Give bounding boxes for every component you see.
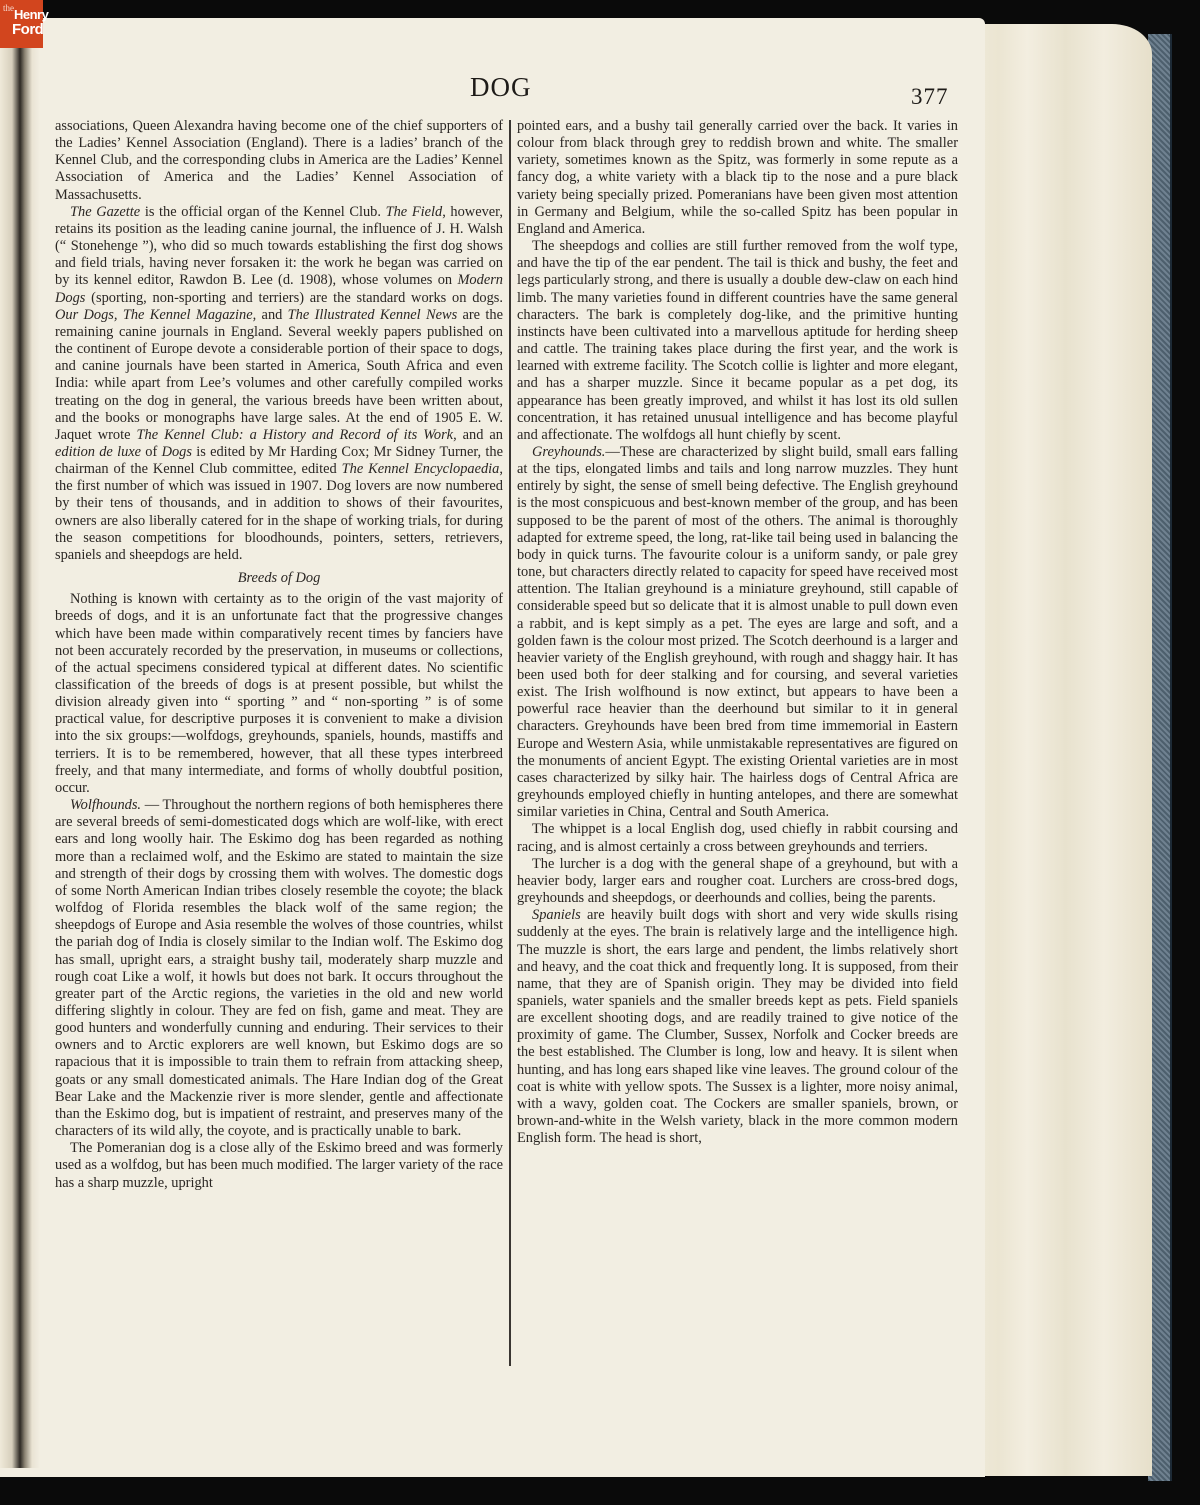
paragraph-lead: Wolfhounds. bbox=[70, 797, 141, 813]
logo-henry: Henry bbox=[14, 8, 48, 21]
logo-ford: Ford bbox=[12, 22, 43, 37]
paragraph: The sheepdogs and collies are still furt… bbox=[517, 238, 958, 444]
column-divider bbox=[509, 120, 511, 1366]
paragraph: The whippet is a local English dog, used… bbox=[517, 821, 958, 855]
page-number: 377 bbox=[911, 84, 949, 110]
running-head: DOG bbox=[470, 72, 532, 103]
italic-title: The Illustrated Kennel News bbox=[288, 307, 458, 323]
book-page: DOG 377 associations, Queen Alexandra ha… bbox=[0, 18, 985, 1477]
italic-title: The Kennel Encyclopaedia bbox=[342, 461, 500, 477]
page-gutter-shadow bbox=[0, 28, 40, 1468]
left-column: associations, Queen Alexandra having bec… bbox=[55, 118, 503, 1192]
paragraph: Spaniels are heavily built dogs with sho… bbox=[517, 907, 958, 1147]
paragraph: Nothing is known with certainty as to th… bbox=[55, 591, 503, 797]
open-book: DOG 377 associations, Queen Alexandra ha… bbox=[0, 18, 1172, 1477]
right-column: pointed ears, and a bushy tail generally… bbox=[517, 118, 958, 1147]
italic-title: The Kennel Club: a History and Record of… bbox=[137, 427, 454, 443]
henry-ford-logo: the Henry Ford bbox=[0, 0, 43, 48]
paragraph: pointed ears, and a bushy tail generally… bbox=[517, 118, 958, 238]
italic-title: edition de luxe bbox=[55, 444, 141, 460]
italic-title: Our Dogs, The Kennel Magazine, bbox=[55, 307, 256, 323]
paragraph: The lurcher is a dog with the general sh… bbox=[517, 856, 958, 907]
paragraph: Greyhounds.—These are characterized by s… bbox=[517, 444, 958, 821]
section-heading: Breeds of Dog bbox=[55, 570, 503, 587]
logo-the: the bbox=[3, 4, 14, 13]
paragraph-lead: Greyhounds. bbox=[532, 444, 605, 460]
page-stack-edge bbox=[960, 24, 1152, 1476]
paragraph: The Gazette is the official organ of the… bbox=[55, 204, 503, 564]
paragraph: associations, Queen Alexandra having bec… bbox=[55, 118, 503, 204]
italic-title: The Field bbox=[386, 204, 443, 220]
paragraph: The Pomeranian dog is a close ally of th… bbox=[55, 1140, 503, 1191]
italic-title: The Gazette bbox=[70, 204, 140, 220]
italic-title: Dogs bbox=[162, 444, 192, 460]
paragraph: Wolfhounds. — Throughout the northern re… bbox=[55, 797, 503, 1140]
paragraph-lead: Spaniels bbox=[532, 907, 581, 923]
